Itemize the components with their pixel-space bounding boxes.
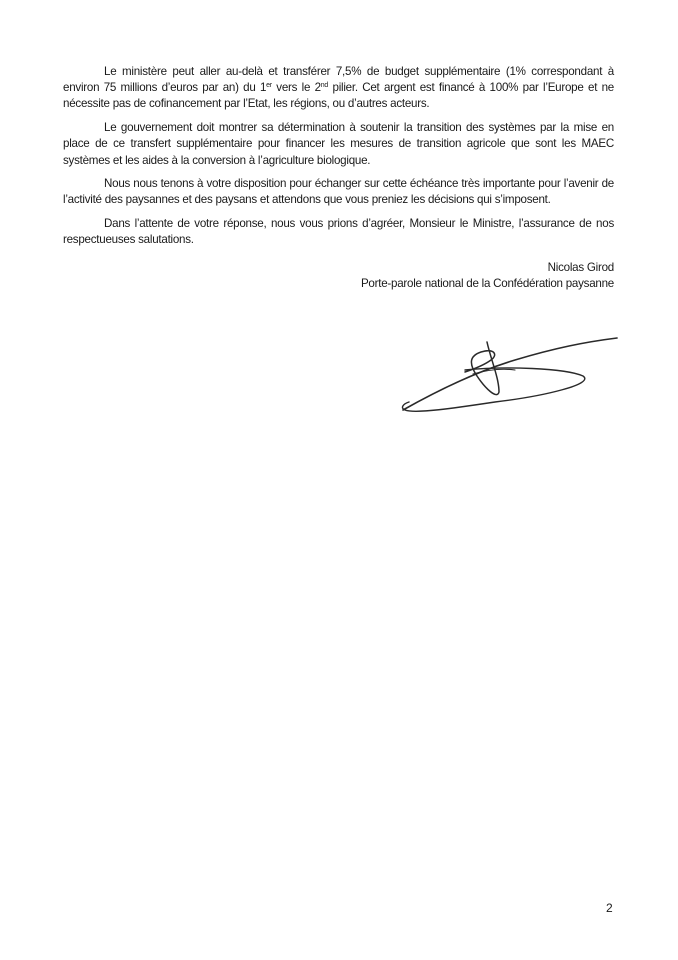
superscript: nd bbox=[321, 82, 328, 89]
document-page: Le ministère peut aller au-delà et trans… bbox=[0, 0, 678, 960]
letter-body: Le ministère peut aller au-delà et trans… bbox=[63, 64, 614, 256]
page-number: 2 bbox=[606, 901, 613, 915]
handwritten-signature-icon bbox=[395, 330, 620, 420]
paragraph-transfer: Le ministère peut aller au-delà et trans… bbox=[63, 64, 614, 113]
paragraph-text: vers le 2 bbox=[272, 81, 321, 94]
paragraph-availability: Nous nous tenons à votre disposition pou… bbox=[63, 176, 614, 208]
signatory-name: Nicolas Girod bbox=[361, 260, 614, 276]
signatory-block: Nicolas Girod Porte-parole national de l… bbox=[361, 260, 614, 292]
paragraph-closing: Dans l’attente de votre réponse, nous vo… bbox=[63, 216, 614, 248]
signatory-title: Porte-parole national de la Confédératio… bbox=[361, 276, 614, 292]
paragraph-government: Le gouvernement doit montrer sa détermin… bbox=[63, 120, 614, 169]
